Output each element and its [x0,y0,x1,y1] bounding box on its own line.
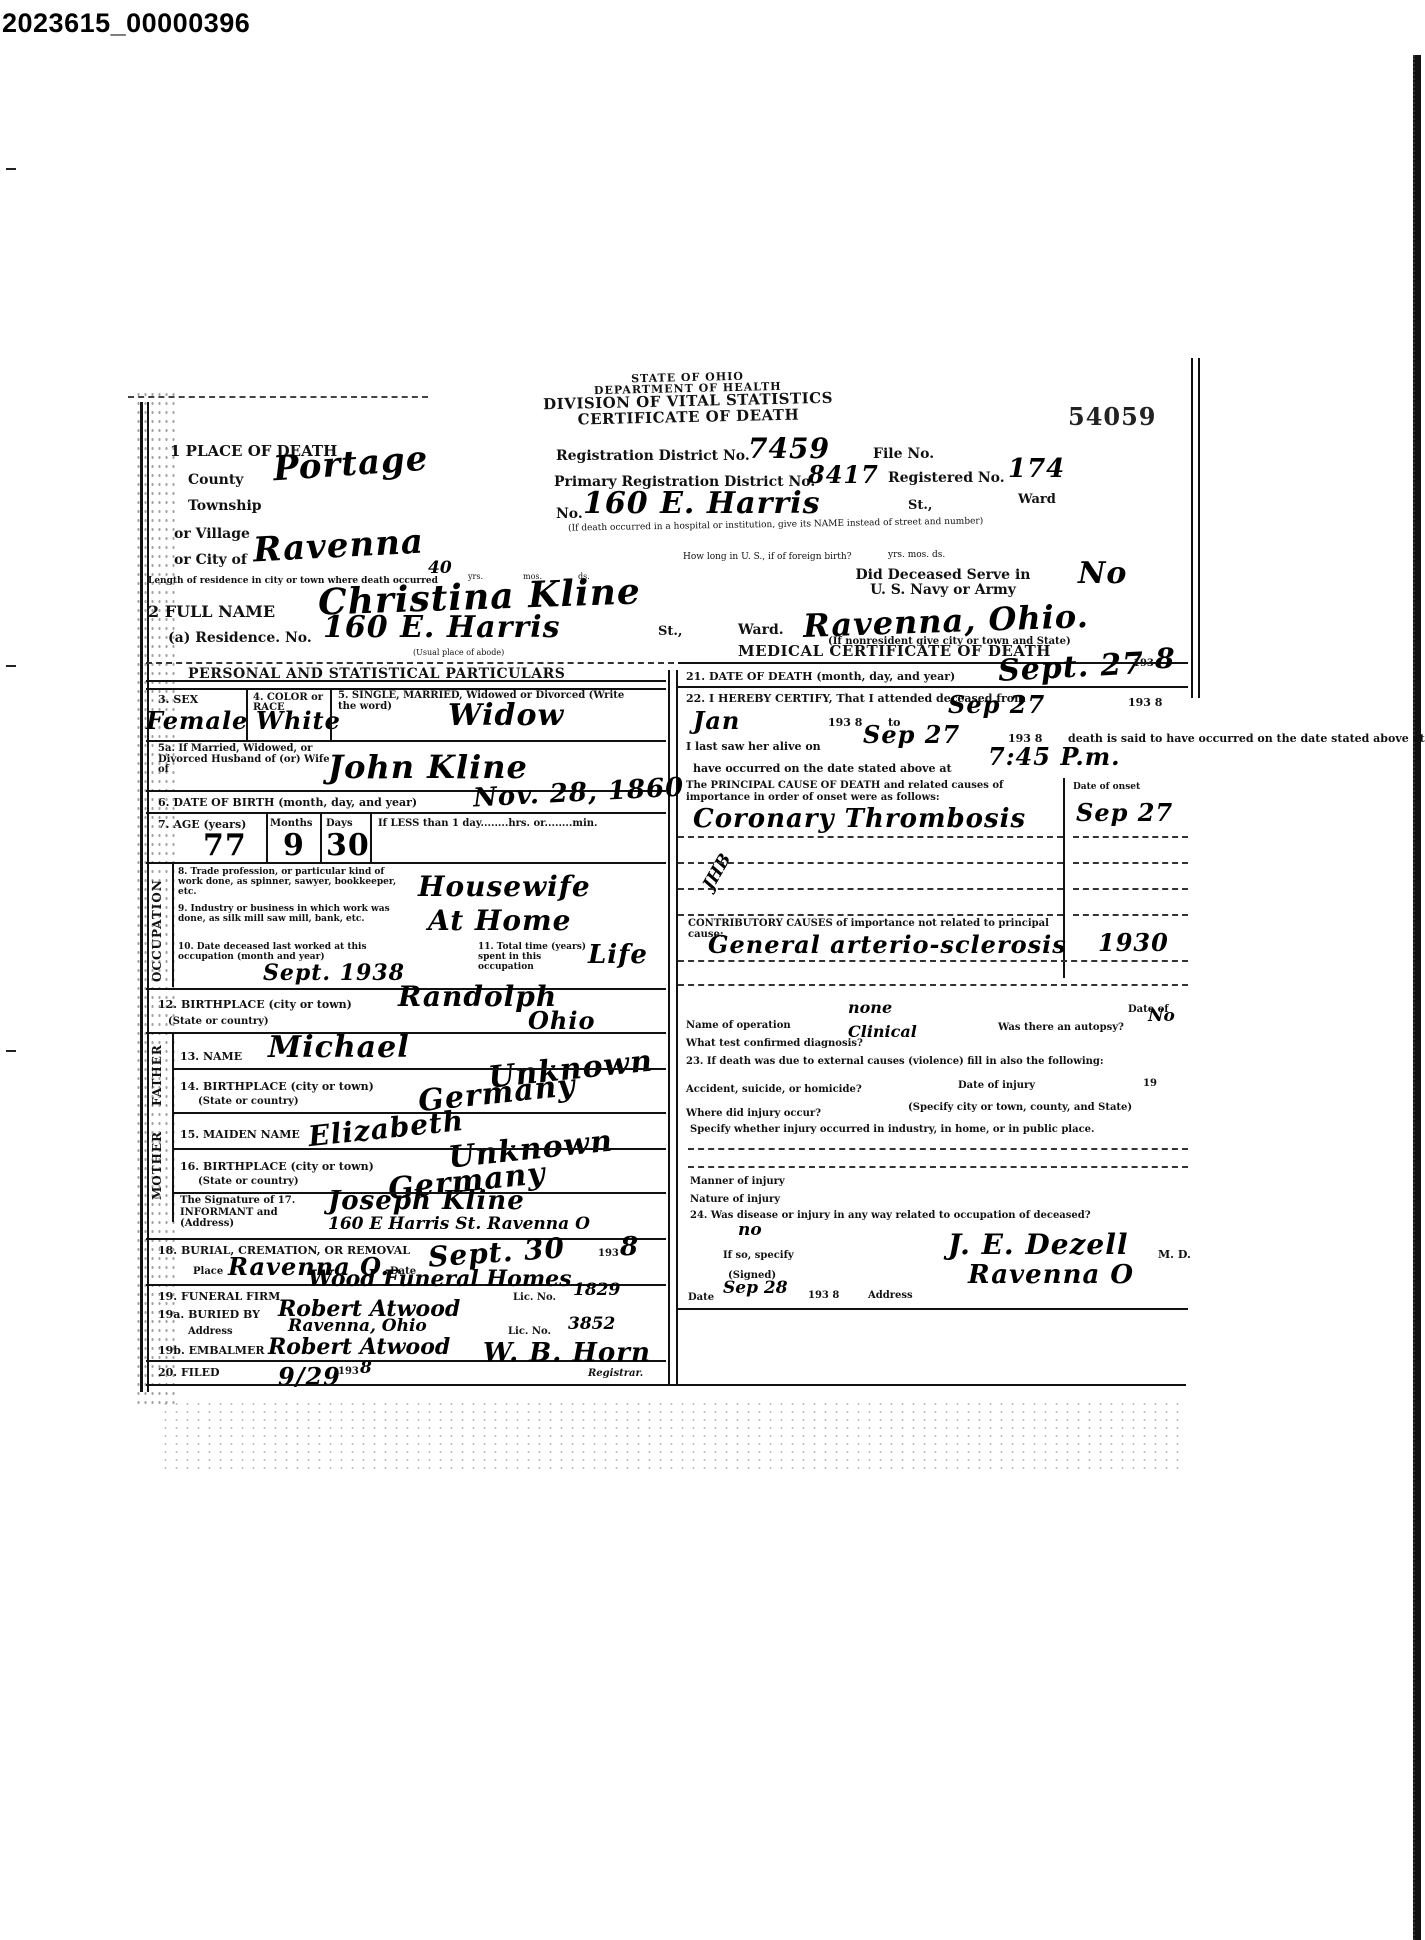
death-date-value: Sept. 27 [997,646,1145,689]
divider [1073,914,1188,916]
residence-label: (a) Residence. No. [168,630,312,646]
city-label: or City of [174,552,247,568]
time-label: have occurred on the date stated above a… [693,762,952,775]
contributory-onset-value: 1930 [1098,928,1169,957]
scan-mark [6,168,16,170]
birth-date-label: 6. DATE OF BIRTH (month, day, and year) [158,796,417,809]
us-time-units: yrs. mos. ds. [888,550,945,560]
attended-from-year: 193 8 [828,716,862,729]
filed-year-suffix: 8 [360,1358,372,1378]
residence-ward-label: Ward. [738,622,784,638]
filed-label: 20. FILED [158,1366,220,1379]
spouse-label: 5a. If Married, Widowed, or Divorced Hus… [158,744,338,776]
township-label: Township [188,498,262,514]
death-year-prefix: 193 [1133,658,1154,669]
divider [678,984,1188,986]
nature-label: Nature of injury [690,1194,780,1205]
burial-year-suffix: 8 [620,1232,639,1262]
st-label: St., [908,498,932,513]
physician-address-label: Address [868,1290,913,1301]
father-name-label: 13. NAME [180,1050,242,1063]
injury-where-note: (Specify city or town, county, and State… [908,1102,1132,1113]
document-id: 2023615_00000396 [2,8,250,39]
divider [688,1166,1188,1168]
cell-divider [246,688,248,740]
usual-place-note: (Usual place of abode) [413,648,504,657]
age-years-value: 77 [203,828,247,863]
scan-edge [1413,55,1421,1940]
registration-district-label: Registration District No. [556,448,750,464]
trade-value: Housewife [418,870,591,903]
primary-registration-value: 8417 [808,460,879,489]
last-worked-value: Sept. 1938 [263,960,405,986]
burial-address-value: Ravenna, Ohio [288,1316,427,1336]
embalmer-label: 19b. EMBALMER [158,1344,265,1357]
embalmer-value: Robert Atwood [268,1334,450,1360]
full-name-label: 2 FULL NAME [148,602,275,621]
death-date-label: 21. DATE OF DEATH (month, day, and year) [686,670,955,683]
marital-value: Widow [448,698,564,733]
signed-by-value: J. E. Dezell [948,1228,1129,1261]
occupation-related-value: no [738,1220,762,1240]
served-value: No [1078,556,1127,591]
total-time-value: Life [588,940,648,970]
test-value: Clinical [848,1022,917,1041]
external-label: 23. If death was due to external causes … [686,1056,1186,1068]
principal-cause-value: Coronary Thrombosis [693,804,1026,834]
served-label: Did Deceased Serve in U. S. Navy or Army [848,568,1038,599]
ward-label: Ward [1018,492,1056,507]
divider [678,1308,1188,1310]
embalmer-lic-value: 3852 [568,1314,615,1334]
buried-by-label: 19a. BURIED BY [158,1308,260,1321]
spouse-value: John Kline [328,748,528,786]
street-value: 160 E. Harris [583,486,821,521]
mother-side-label: MOTHER [150,1120,164,1200]
mother-state-label: (State or country) [198,1176,299,1187]
divider [146,1384,1186,1386]
principal-onset-value: Sep 27 [1076,798,1173,827]
father-name-value: Michael [268,1030,410,1065]
sign-year: 193 8 [808,1290,839,1301]
injury-year-prefix: 19 [1143,1078,1157,1089]
cell-divider [172,862,174,987]
divider [678,888,1063,890]
father-birthplace-label: 14. BIRTHPLACE (city or town) [180,1080,374,1093]
residence-st-label: St., [658,624,682,639]
divider [1073,888,1188,890]
last-saw-value: Sep 27 [863,720,960,749]
cell-divider [370,812,372,862]
divider [678,914,1063,916]
attended-to-value: Sep 27 [948,690,1045,719]
embalmer-lic-label: Lic. No. [508,1326,551,1337]
file-no-label: File No. [873,446,934,462]
divider [146,862,666,864]
cause-label: The PRINCIPAL CAUSE OF DEATH and related… [686,780,1066,803]
mother-birthplace-label: 16. BIRTHPLACE (city or town) [180,1160,374,1173]
cell-divider [320,812,322,862]
funeral-lic-label: Lic. No. [513,1292,556,1303]
age-days-value: 30 [326,828,370,863]
residence-years: 40 [428,558,452,578]
form-border [140,402,149,1392]
sign-date-value: Sep 28 [723,1278,788,1298]
injury-where-label: Where did injury occur? [686,1108,821,1119]
attended-from-value: Jan [693,706,740,735]
operation-value: none [848,998,892,1017]
funeral-lic-value: 1829 [573,1280,620,1300]
registrar-label: Registrar. [588,1368,643,1379]
sex-value: Female [146,706,248,735]
attended-to-year: 193 8 [1128,696,1162,709]
stamp-number: 54059 [1068,402,1157,431]
cell-divider [330,688,332,740]
divider [678,960,1188,962]
filed-value: 9/29 [278,1362,341,1391]
industry-value: At Home [428,904,572,937]
physician-address-value: Ravenna O [968,1260,1134,1290]
industry-label: 9. Industry or business in which work wa… [178,905,398,925]
us-time-label: How long in U. S., if of foreign birth? [683,552,852,562]
injury-specify-label: Specify whether injury occurred in indus… [690,1124,1095,1135]
autopsy-label: Was there an autopsy? [998,1022,1124,1033]
sex-label: 3. SEX [158,693,198,706]
scan-mark [6,1050,16,1052]
occupation-side-label: OCCUPATION [150,872,164,982]
burial-place-label: Place [193,1266,223,1277]
cell-divider [266,812,268,862]
personal-section-title: PERSONAL AND STATISTICAL PARTICULARS [188,666,565,682]
age-months-value: 9 [283,828,305,863]
funeral-firm-label: 19. FUNERAL FIRM [158,1290,280,1303]
mother-maiden-label: 15. MAIDEN NAME [180,1128,300,1141]
divider [146,740,666,742]
death-said-label: death is said to have occurred on the da… [1068,732,1425,745]
divider [146,1238,666,1240]
divider [146,812,666,814]
certificate-header: STATE OF OHIO DEPARTMENT OF HEALTH DIVIS… [477,367,898,430]
sign-date-label: Date [688,1292,714,1303]
death-year-suffix: 8 [1155,642,1175,675]
operation-label: Name of operation [686,1020,791,1031]
divider [174,1068,666,1070]
divider [128,396,428,398]
scan-noise [160,1400,1180,1470]
divider [678,836,1063,838]
residence-no-value: 160 E. Harris [323,610,561,645]
birthplace-state-label: (State or country) [168,1016,269,1027]
informant-name: Joseph Kline [328,1186,525,1216]
divider [1073,836,1188,838]
test-label: What test confirmed diagnosis? [686,1038,863,1049]
time-value: 7:45 P.m. [988,742,1121,771]
funeral-firm-value: Wood Funeral Homes [308,1266,572,1292]
father-state-label: (State or country) [198,1096,299,1107]
birthplace-state-value: Ohio [528,1006,595,1035]
divider [1073,862,1188,864]
last-saw-label: I last saw her alive on [686,740,821,753]
city-value: Ravenna [252,522,425,571]
form-border [1191,358,1200,698]
informant-address: 160 E Harris St. Ravenna O [328,1214,590,1234]
birthplace-label: 12. BIRTHPLACE (city or town) [158,998,352,1011]
informant-label: The Signature of 17. INFORMANT and (Addr… [180,1195,330,1230]
contributory-cause-value: General arterio-sclerosis [708,930,1067,959]
county-label: County [188,472,243,488]
burial-year-prefix: 193 [598,1248,619,1259]
divider [174,1148,666,1150]
father-side-label: FATHER [150,1036,164,1106]
onset-label: Date of onset [1073,782,1140,792]
if-so-label: If so, specify [723,1250,794,1261]
village-label: or Village [174,526,250,542]
burial-address-label: Address [188,1326,233,1337]
divider [678,862,1063,864]
color-value: White [256,706,341,735]
death-certificate: STATE OF OHIO DEPARTMENT OF HEALTH DIVIS… [128,380,1188,1390]
accident-label: Accident, suicide, or homicide? [686,1084,862,1095]
trade-label: 8. Trade profession, or particular kind … [178,868,398,898]
divider [688,1148,1188,1150]
less-than-day-label: If LESS than 1 day........hrs. or.......… [378,818,618,829]
street-no-label: No. [556,506,583,522]
registered-no-value: 174 [1008,454,1065,484]
registrar-name: W. B. Horn [483,1338,651,1368]
registered-no-label: Registered No. [888,470,1005,486]
scan-mark [6,665,16,667]
manner-label: Manner of injury [690,1176,785,1187]
md-label: M. D. [1158,1248,1191,1261]
filed-year-prefix: 193 [338,1366,359,1377]
total-time-label: 11. Total time (years) spent in this occ… [478,943,598,973]
divider [678,686,1188,688]
injury-date-label: Date of injury [958,1080,1035,1091]
autopsy-value: No [1148,1006,1175,1026]
